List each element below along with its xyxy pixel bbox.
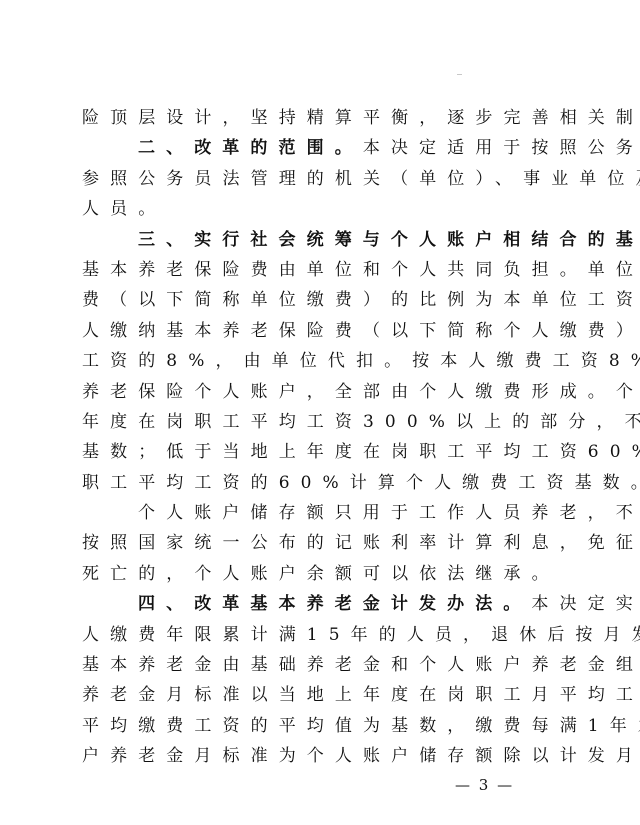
text-line: 基本养老金由基础养老金和个人账户养老金组成。退休时的基础 — [82, 650, 552, 680]
section-3-line: 三、实行社会统筹与个人账户相结合的基本养老保险制度。 — [82, 225, 552, 255]
text-line: 户养老金月标准为个人账户储存额除以计发月数，计发月数根据 — [82, 741, 552, 771]
line-text: 平均缴费工资的平均值为基数，缴费每满1年发给1%。个人账 — [82, 716, 640, 736]
line-text: 本决定适用于按照公务员法管理的单位、 — [363, 138, 640, 158]
text-line: 平均缴费工资的平均值为基数，缴费每满1年发给1%。个人账 — [82, 711, 552, 741]
document-body: 险顶层设计，坚持精算平衡，逐步完善相关制度和政策。 二、改革的范围。本决定适用于… — [82, 103, 552, 772]
text-line: 人缴纳基本养老保险费（以下简称个人缴费）的比例为本人缴费 — [82, 316, 552, 346]
text-line: 养老金月标准以当地上年度在岗职工月平均工资和本人指数化月 — [82, 680, 552, 710]
line-text: 养老金月标准以当地上年度在岗职工月平均工资和本人指数化月 — [82, 685, 640, 705]
line-text: 养老保险个人账户，全部由个人缴费形成。个人工资超过当地上 — [82, 382, 640, 402]
line-text: 个人账户储存额只用于工作人员养老，不得提前支取，每年 — [138, 503, 640, 523]
line-text: 费（以下简称单位缴费）的比例为本单位工资总额的20%，个 — [82, 290, 640, 310]
text-line: 养老保险个人账户，全部由个人缴费形成。个人工资超过当地上 — [82, 377, 552, 407]
text-line: 按照国家统一公布的记账利率计算利息，免征利息税。参保人员 — [82, 528, 552, 558]
line-text: 人缴费年限累计满15年的人员，退休后按月发给基本养老金。 — [82, 625, 640, 645]
line-text: 职工平均工资的60%计算个人缴费工资基数。 — [82, 473, 640, 493]
line-text: 人员。 — [82, 199, 166, 219]
line-text: 基本养老保险费由单位和个人共同负担。单位缴纳基本养老保险 — [82, 260, 640, 280]
section-heading: 三、实行社会统筹与个人账户相结合的基本养老保险制度。 — [138, 230, 640, 250]
text-line: 险顶层设计，坚持精算平衡，逐步完善相关制度和政策。 — [82, 103, 552, 133]
text-line: 死亡的，个人账户余额可以依法继承。 — [82, 559, 552, 589]
line-text: 人缴纳基本养老保险费（以下简称个人缴费）的比例为本人缴费 — [82, 321, 640, 341]
text-line: 人员。 — [82, 194, 552, 224]
text-line: 年度在岗职工平均工资300%以上的部分，不计入个人缴费工资 — [82, 407, 552, 437]
text-line: 人缴费年限累计满15年的人员，退休后按月发给基本养老金。 — [82, 620, 552, 650]
line-text: 参照公务员法管理的机关（单位）、事业单位及其编制内的工作 — [82, 169, 640, 189]
section-heading: 四、改革基本养老金计发办法。 — [138, 594, 531, 614]
paragraph-start-line: 个人账户储存额只用于工作人员养老，不得提前支取，每年 — [82, 498, 552, 528]
line-text: 基本养老金由基础养老金和个人账户养老金组成。退休时的基础 — [82, 655, 640, 675]
text-line: 基本养老保险费由单位和个人共同负担。单位缴纳基本养老保险 — [82, 255, 552, 285]
line-text: 年度在岗职工平均工资300%以上的部分，不计入个人缴费工资 — [82, 412, 640, 432]
line-text: 基数；低于当地上年度在岗职工平均工资60%的，按当地在岗 — [82, 442, 640, 462]
section-2-line: 二、改革的范围。本决定适用于按照公务员法管理的单位、 — [82, 133, 552, 163]
line-text: 户养老金月标准为个人账户储存额除以计发月数，计发月数根据 — [82, 746, 640, 766]
text-line: 费（以下简称单位缴费）的比例为本单位工资总额的20%，个 — [82, 285, 552, 315]
section-heading: 二、改革的范围。 — [138, 138, 363, 158]
document-page: 险顶层设计，坚持精算平衡，逐步完善相关制度和政策。 二、改革的范围。本决定适用于… — [0, 0, 640, 825]
line-text: 本决定实施后参加工作、个 — [531, 594, 640, 614]
line-text: 险顶层设计，坚持精算平衡，逐步完善相关制度和政策。 — [82, 108, 640, 128]
line-text: 按照国家统一公布的记账利率计算利息，免征利息税。参保人员 — [82, 533, 640, 553]
scan-mark — [457, 74, 462, 75]
text-line: 参照公务员法管理的机关（单位）、事业单位及其编制内的工作 — [82, 164, 552, 194]
line-text: 工资的8%，由单位代扣。按本人缴费工资8%的数额建立基本 — [82, 351, 640, 371]
text-line: 职工平均工资的60%计算个人缴费工资基数。 — [82, 468, 552, 498]
text-line: 基数；低于当地上年度在岗职工平均工资60%的，按当地在岗 — [82, 437, 552, 467]
section-4-line: 四、改革基本养老金计发办法。本决定实施后参加工作、个 — [82, 589, 552, 619]
text-line: 工资的8%，由单位代扣。按本人缴费工资8%的数额建立基本 — [82, 346, 552, 376]
line-text: 死亡的，个人账户余额可以依法继承。 — [82, 564, 560, 584]
page-number: — 3 — — [455, 776, 514, 794]
